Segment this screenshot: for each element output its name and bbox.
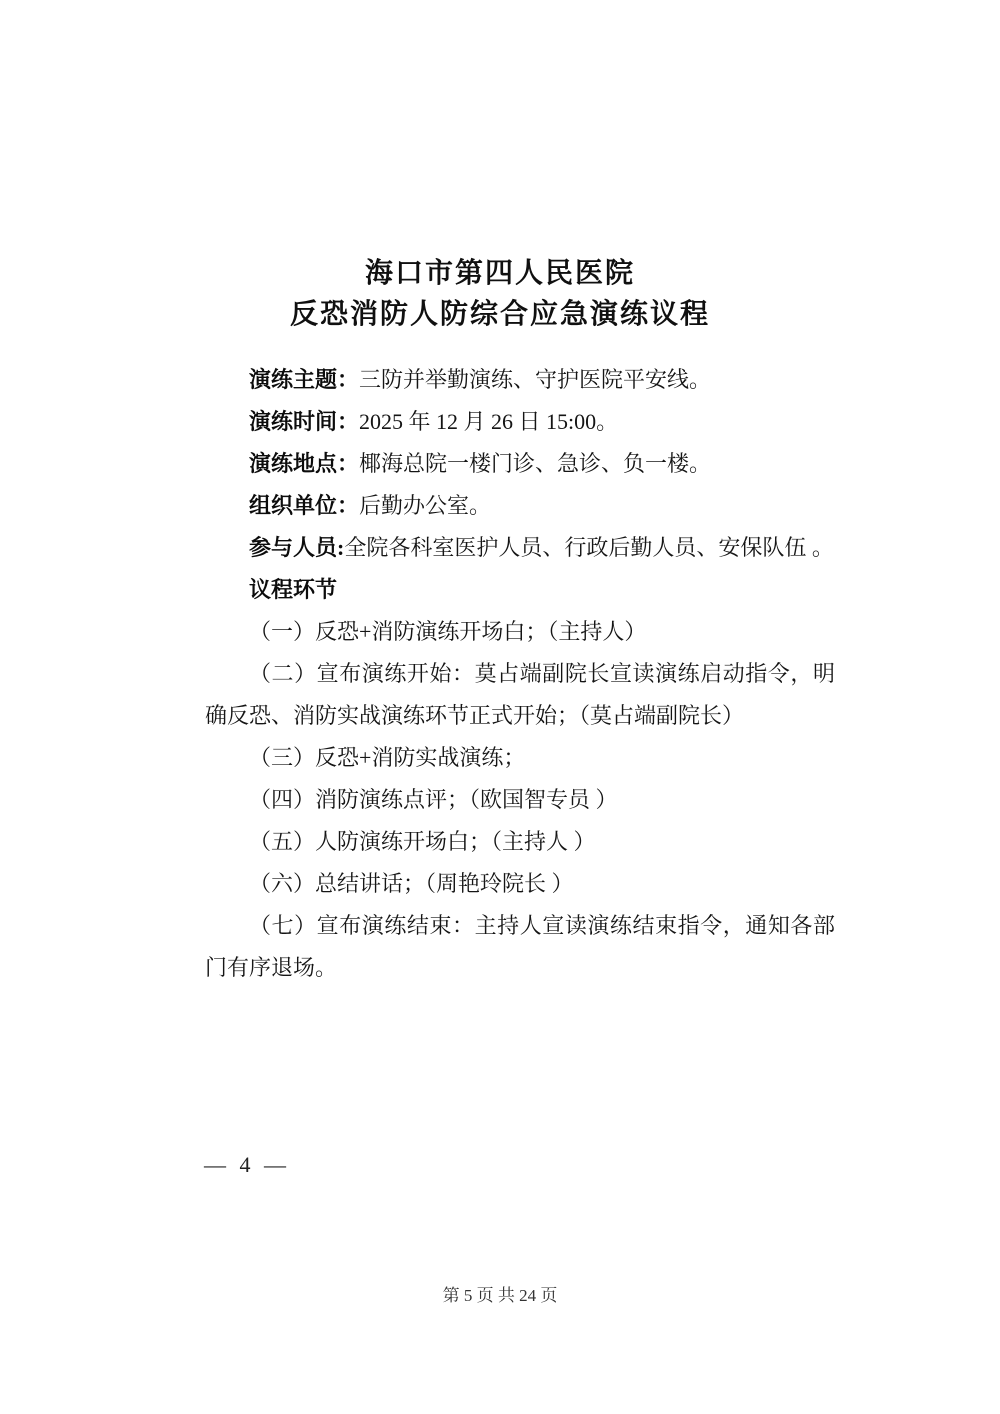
page-number: — 4 — [204, 1150, 290, 1180]
field-label-organizer: 组织单位： [249, 493, 359, 518]
field-label-theme: 演练主题： [249, 367, 359, 392]
field-exercise-time: 演练时间：2025 年 12 月 26 日 15:00。 [205, 401, 835, 443]
document-page: 海口市第四人民医院 反恐消防人防综合应急演练议程 演练主题：三防并举勤演练、守护… [0, 0, 1000, 1414]
field-value-location: 椰海总院一楼门诊、急诊、负一楼。 [359, 451, 711, 476]
agenda-item-6: （六）总结讲话；（周艳玲院长 ） [205, 863, 835, 905]
field-organizer: 组织单位：后勤办公室。 [205, 485, 835, 527]
document-body: 演练主题：三防并举勤演练、守护医院平安线。 演练时间：2025 年 12 月 2… [205, 359, 835, 989]
agenda-item-4: （四）消防演练点评；（欧国智专员 ） [205, 779, 835, 821]
title-line-1: 海口市第四人民医院 [0, 253, 1000, 294]
field-exercise-theme: 演练主题：三防并举勤演练、守护医院平安线。 [205, 359, 835, 401]
agenda-item-1: （一）反恐+消防演练开场白；（主持人） [205, 611, 835, 653]
field-value-organizer: 后勤办公室。 [359, 493, 491, 518]
field-label-time: 演练时间： [249, 409, 359, 434]
field-exercise-location: 演练地点：椰海总院一楼门诊、急诊、负一楼。 [205, 443, 835, 485]
field-value-theme: 三防并举勤演练、守护医院平安线。 [359, 367, 711, 392]
field-participants: 参与人员:全院各科室医护人员、行政后勤人员、安保队伍 。 [205, 527, 835, 569]
field-label-location: 演练地点： [249, 451, 359, 476]
field-label-participants: 参与人员: [249, 535, 344, 560]
agenda-item-5: （五）人防演练开场白；（主持人 ） [205, 821, 835, 863]
agenda-item-2: （二）宣布演练开始：莫占端副院长宣读演练启动指令，明确反恐、消防实战演练环节正式… [205, 653, 835, 737]
agenda-item-3: （三）反恐+消防实战演练； [205, 737, 835, 779]
section-heading-agenda: 议程环节 [205, 569, 835, 611]
title-line-2: 反恐消防人防综合应急演练议程 [0, 294, 1000, 335]
document-title: 海口市第四人民医院 反恐消防人防综合应急演练议程 [0, 253, 1000, 335]
agenda-item-7: （七）宣布演练结束：主持人宣读演练结束指令，通知各部门有序退场。 [205, 905, 835, 989]
footer-page-indicator: 第 5 页 共 24 页 [0, 1284, 1000, 1308]
field-value-time: 2025 年 12 月 26 日 15:00。 [359, 409, 618, 434]
field-value-participants: 全院各科室医护人员、行政后勤人员、安保队伍 。 [344, 535, 834, 560]
